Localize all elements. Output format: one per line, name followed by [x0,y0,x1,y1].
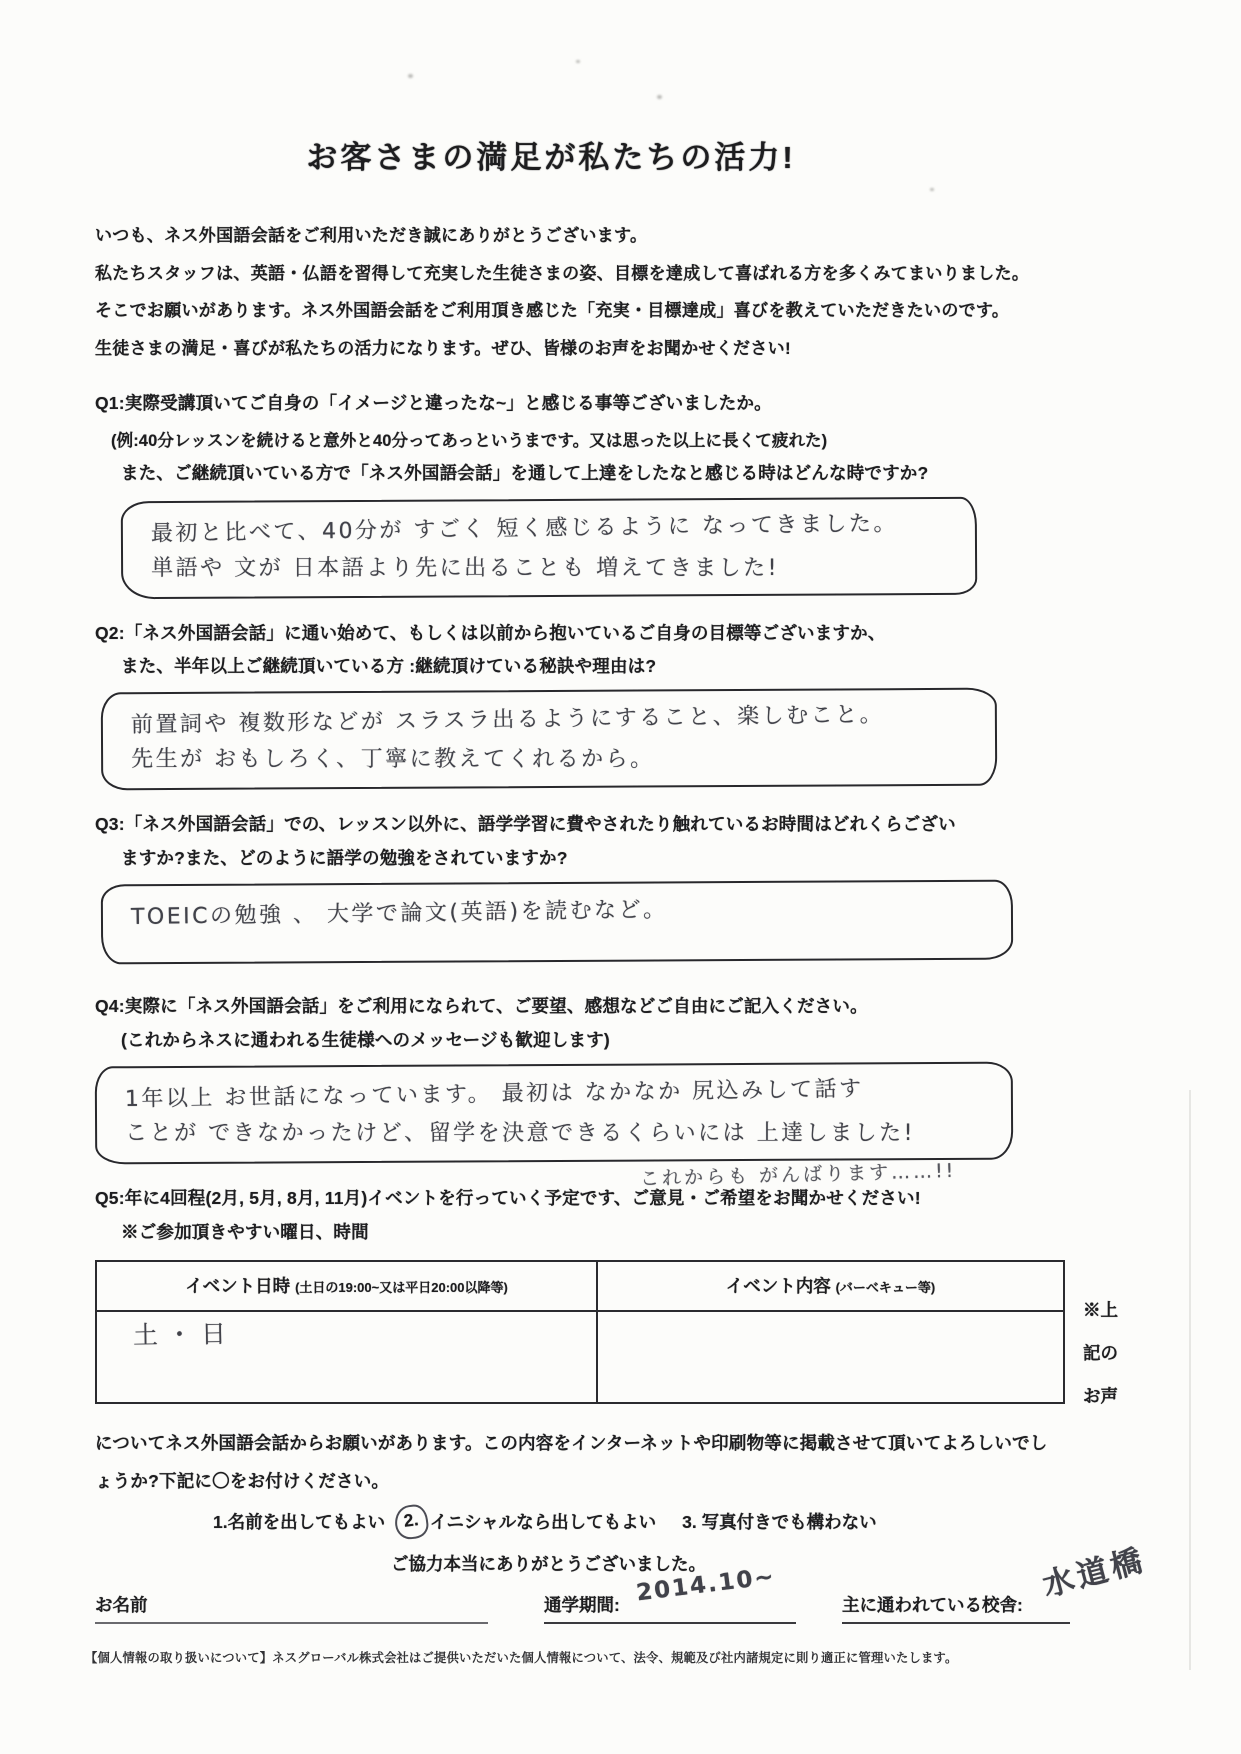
q3-answer-box: TOEICの勉強 、 大学で論文(英語)を読むなど。 [101,880,1013,965]
publish-options-row: 1.名前を出してもよい 2. イニシャルなら出してもよい 3. 写真付きでも構わ… [213,1505,1157,1539]
name-field: お名前 [95,1592,488,1624]
signature-fields-row: お名前 通学期間: 2014.10~ 主に通われている校舎: 水道橋 [95,1592,1157,1624]
q1-subquestion: また、ご継続頂いている方で「ネス外国語会話」を通して上達をしたなと感じる時はどん… [121,463,1157,485]
intro-line-3: そこでお願いがあります。ネス外国語会話をご利用頂き感じた「充実・目標達成」喜びを… [95,302,1157,321]
name-label: お名前 [95,1595,148,1615]
question-5-block: Q5:年に4回程(2月, 5月, 8月, 11月)イベントを行っていく予定です、… [95,1188,1157,1244]
q1-answer-line-1: 最初と比べて、40分が すごく 短く感じるように なってきました。 [151,503,957,554]
scan-speck [657,95,662,99]
option-2-number: 2. [403,1509,420,1531]
q5-heading: Q5:年に4回程(2月, 5月, 8月, 11月)イベントを行っていく予定です、… [95,1188,1157,1210]
handwritten-circle-mark: 2. [393,1503,430,1541]
intro-line-2: 私たちスタッフは、英語・仏語を習得して充実した生徒さまの姿、目標を達成して喜ばれ… [95,265,1157,284]
option-3-photo-ok: 3. 写真付きでも構わない [682,1509,876,1534]
q4-answer-line-1: 1年以上 お世話になっています。 最初は なかなか 尻込みして話す [125,1068,993,1120]
q1-answer-line-2: 単語や 文が 日本語より先に出ることも 増えてきました! [151,548,957,588]
q4-subnote: (これからネスに通われる生徒様へのメッセージも歓迎します) [121,1030,1157,1052]
event-table-answer-row: 土・日 [96,1311,1064,1403]
school-field: 主に通われている校舎: 水道橋 [842,1592,1070,1624]
form-content: お客さまの満足が私たちの活力! いつも、ネス外国語会話をご利用いただき誠にありが… [95,132,1157,1666]
event-datetime-handwritten-value: 土・日 [133,1319,236,1351]
event-datetime-answer-cell: 土・日 [96,1311,597,1403]
question-1-block: Q1:実際受講頂いてご自身の「イメージと違ったな~」と感じる事等ございましたか。… [95,393,1157,597]
q1-heading: Q1:実際受講頂いてご自身の「イメージと違ったな~」と感じる事等ございましたか。 [95,393,1157,415]
privacy-footer: 【個人情報の取り扱いについて】ネスグローバル株式会社はご提供いただいた個人情報に… [85,1648,1170,1666]
q1-example: (例:40分レッスンを続けると意外と40分ってあっというまです。又は思った以上に… [111,427,1157,451]
q4-answer-box: 1年以上 お世話になっています。 最初は なかなか 尻込みして話す ことが でき… [95,1061,1014,1164]
event-table-header-row: イベント日時 (土日の19:00~又は平日20:00以降等) イベント内容 (バ… [96,1261,1064,1311]
table-side-note: ※上 記の お声 [1083,1300,1147,1429]
intro-paragraph: いつも、ネス外国語会話をご利用いただき誠にありがとうございます。 私たちスタッフ… [95,227,1157,359]
event-datetime-header-cell: イベント日時 (土日の19:00~又は平日20:00以降等) [96,1261,597,1311]
q1-answer-box: 最初と比べて、40分が すごく 短く感じるように なってきました。 単語や 文が… [121,496,978,598]
q2-answer-line-1: 前置詞や 複数形などが スラスラ出るようにすること、楽しむこと。 [131,694,977,746]
side-note-line-2: 記の [1083,1343,1147,1364]
scanned-survey-page: お客さまの満足が私たちの活力! いつも、ネス外国語会話をご利用いただき誠にありが… [0,0,1241,1754]
page-title: お客さまの満足が私たちの活力! [95,132,1157,177]
q3-answer-line-1: TOEICの勉強 、 大学で論文(英語)を読むなど。 [131,886,993,938]
scan-artifact-line [1189,1090,1191,1670]
side-note-line-1: ※上 [1083,1300,1147,1321]
publish-permission-text: についてネス外国語会話からお願いがあります。この内容をインターネットや印刷物等に… [95,1424,1057,1501]
question-3-block: Q3:「ネス外国語会話」での、レッスン以外に、語学学習に費やされたり触れているお… [95,814,1157,962]
scan-speck [408,74,413,78]
q2-answer-box: 前置詞や 複数形などが スラスラ出るようにすること、楽しむこと。 先生が おもし… [101,688,998,791]
q2-heading: Q2:「ネス外国語会話」に通い始めて、もしくは以前から抱いているご自身の目標等ご… [95,623,1157,645]
enrollment-period-label: 通学期間: [544,1595,620,1615]
question-4-block: Q4:実際に「ネス外国語会話」をご利用になられて、ご要望、感想などご自由にご記入… [95,996,1157,1162]
option-2-initial-ok: 2. イニシャルなら出してもよい [395,1505,656,1539]
question-2-block: Q2:「ネス外国語会話」に通い始めて、もしくは以前から抱いているご自身の目標等ご… [95,623,1157,789]
side-note-line-3: お声 [1083,1386,1147,1407]
event-datetime-note: (土日の19:00~又は平日20:00以降等) [295,1280,508,1295]
q5-subnote: ※ご参加頂きやすい曜日、時間 [121,1222,1157,1244]
event-content-note: (バーベキュー等) [836,1280,936,1295]
event-table-wrap: イベント日時 (土日の19:00~又は平日20:00以降等) イベント内容 (バ… [95,1260,1157,1404]
q3-heading-line-2: ますか?また、どのように語学の勉強をされていますか? [121,848,1157,870]
intro-line-1: いつも、ネス外国語会話をご利用いただき誠にありがとうございます。 [95,227,1157,246]
event-datetime-header: イベント日時 [185,1276,290,1296]
intro-line-4: 生徒さまの満足・喜びが私たちの活力になります。ぜひ、皆様のお声をお聞かせください… [95,340,1157,359]
enrollment-period-field: 通学期間: 2014.10~ [544,1592,796,1624]
event-table: イベント日時 (土日の19:00~又は平日20:00以降等) イベント内容 (バ… [95,1260,1065,1404]
q2-answer-line-2: 先生が おもしろく、丁寧に教えてくれるから。 [131,740,977,780]
event-content-header-cell: イベント内容 (バーベキュー等) [597,1261,1064,1311]
event-content-answer-cell [597,1311,1064,1403]
q4-answer-line-2: ことが できなかったけど、留学を決意できるくらいには 上達しました! [125,1114,993,1154]
q2-subquestion: また、半年以上ご継続頂いている方 :継続頂けている秘訣や理由は? [121,656,1157,678]
option-1-name-ok: 1.名前を出してもよい [213,1509,385,1534]
q3-heading-line-1: Q3:「ネス外国語会話」での、レッスン以外に、語学学習に費やされたり触れているお… [95,814,1157,836]
school-label: 主に通われている校舎: [842,1595,1023,1615]
event-content-header: イベント内容 [726,1276,831,1296]
q4-heading: Q4:実際に「ネス外国語会話」をご利用になられて、ご要望、感想などご自由にご記入… [95,996,1157,1018]
scan-speck [576,60,580,63]
option-2-label: イニシャルなら出してもよい [430,1509,656,1534]
